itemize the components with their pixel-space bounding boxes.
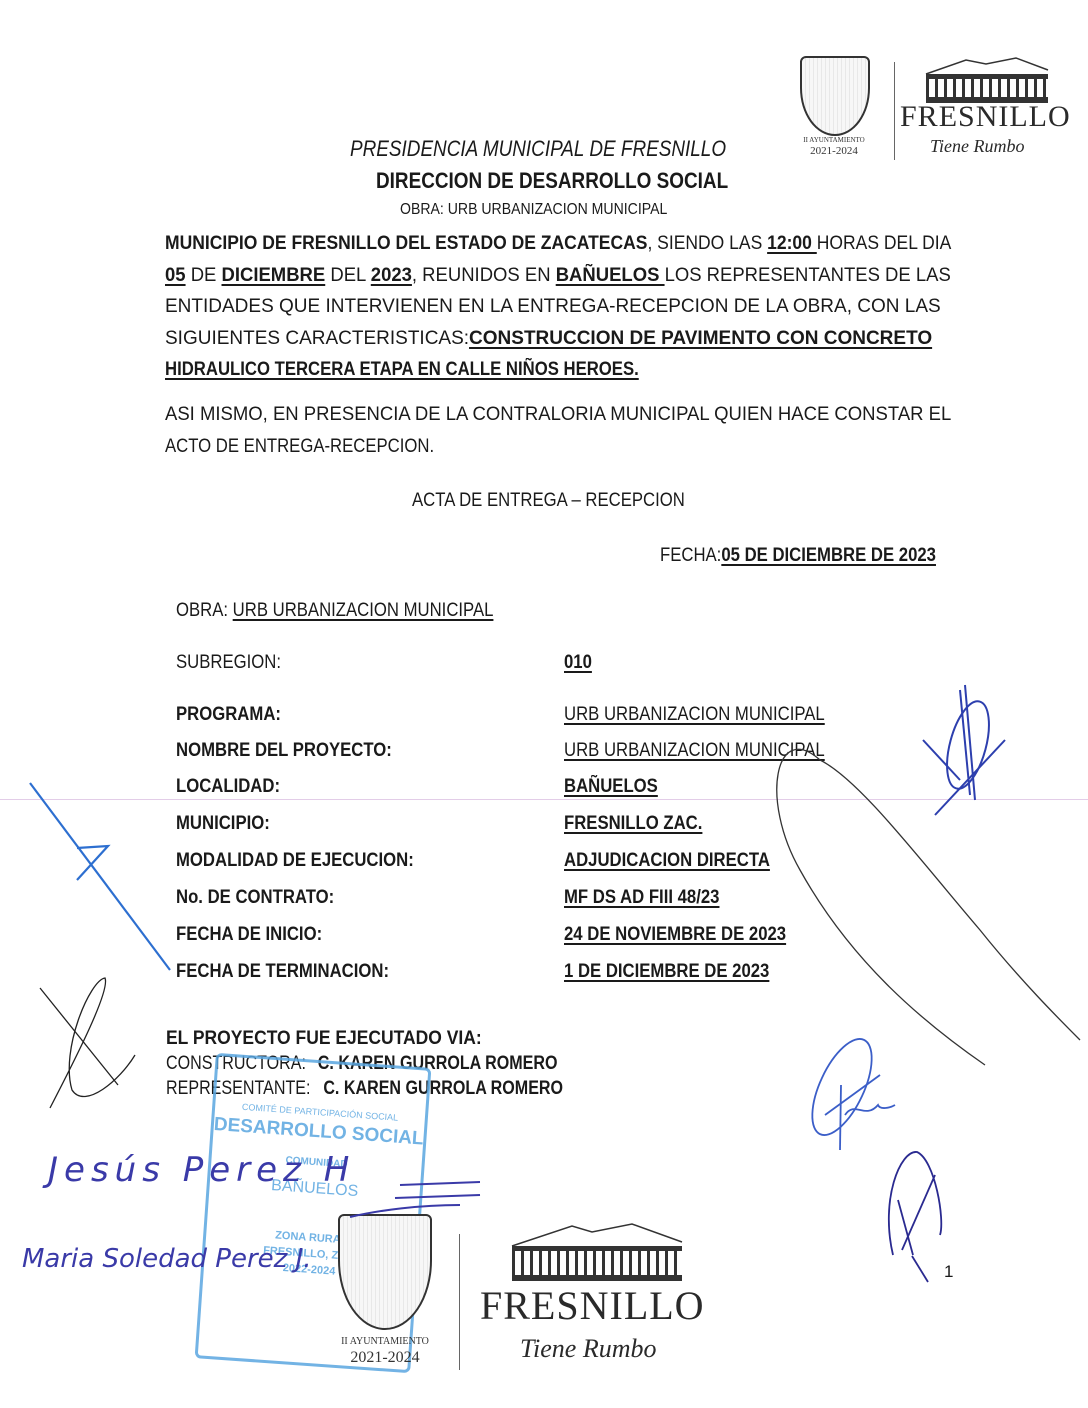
signature-right-top bbox=[0, 0, 1088, 1408]
page-number: 1 bbox=[944, 1262, 953, 1282]
